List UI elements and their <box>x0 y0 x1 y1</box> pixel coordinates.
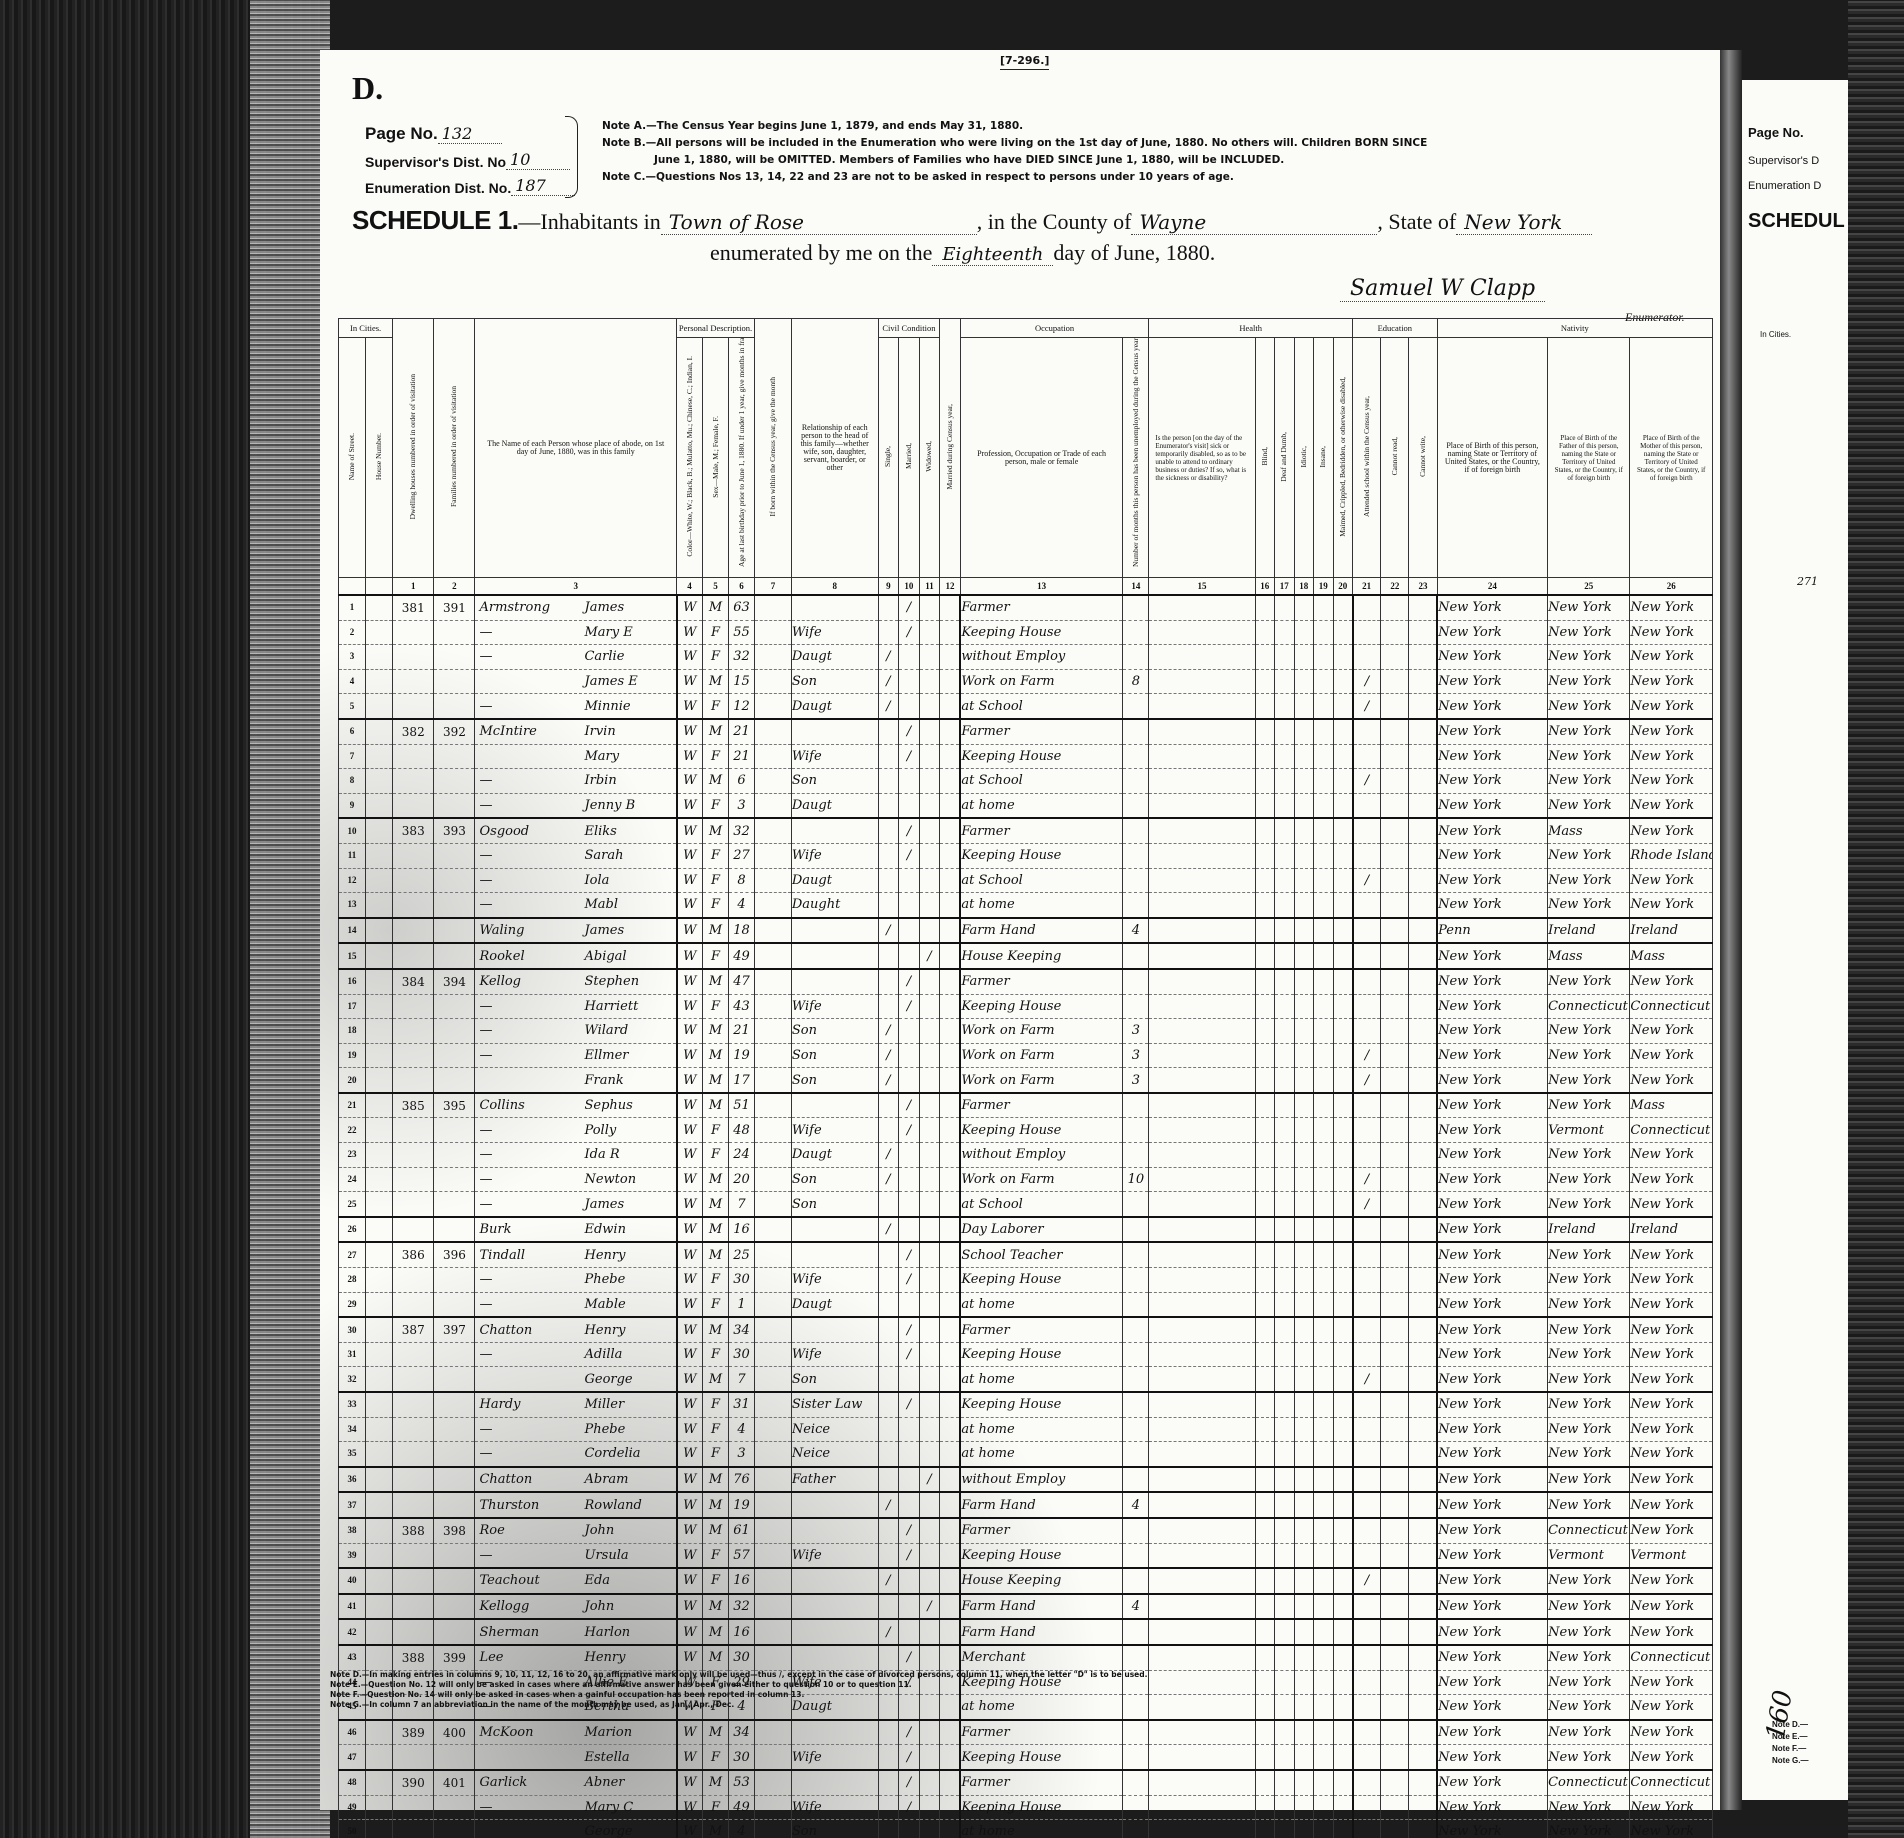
cell-fam <box>434 1442 475 1467</box>
cell-m: New York <box>1630 744 1713 769</box>
empty-cell <box>1149 1645 1255 1670</box>
cell-age: 30 <box>729 1342 755 1367</box>
empty-cell <box>1255 1518 1275 1543</box>
cell-age: 16 <box>729 1217 755 1243</box>
empty-cell <box>1333 1467 1353 1493</box>
cell-color: W <box>677 893 703 918</box>
cell-fam: 393 <box>434 818 475 843</box>
row-number: 27 <box>348 1250 357 1260</box>
cell-fam <box>434 1795 475 1820</box>
empty-cell <box>1381 1242 1409 1267</box>
cell-f: New York <box>1548 893 1630 918</box>
empty-cell <box>1255 694 1275 719</box>
page-no-value: 132 <box>438 124 502 144</box>
empty-cell <box>1255 1118 1275 1143</box>
row-number: 46 <box>348 1727 357 1737</box>
table-row: 9—Jenny BWF3Daugtat homeNew YorkNew York… <box>339 793 1713 818</box>
table-row: 47EstellaWF30Wife/Keeping HouseNew YorkN… <box>339 1745 1713 1770</box>
empty-cell <box>1255 595 1275 620</box>
empty-cell <box>755 669 792 694</box>
form-letter: D. <box>352 70 383 107</box>
col-num: 24 <box>1437 578 1548 596</box>
cell-color: W <box>677 1594 703 1620</box>
name-header: The Name of each Person whose place of a… <box>475 319 677 578</box>
person-name: ShermanHarlon <box>475 1619 677 1645</box>
empty-cell <box>1275 1367 1295 1392</box>
table-row: 23—Ida RWF24Daugt/without EmployNew York… <box>339 1143 1713 1168</box>
empty-cell <box>1275 1795 1295 1820</box>
cell-m: New York <box>1630 1143 1713 1168</box>
cell-unemp <box>1123 1518 1149 1543</box>
cell-f: Ireland <box>1548 918 1630 944</box>
day-of-label: day of June, 1880. <box>1053 240 1215 266</box>
cell-sex: F <box>703 893 729 918</box>
empty-cell <box>1149 868 1255 893</box>
maimed-header: Maimed, Crippled, Bedridden, or otherwis… <box>1339 377 1347 537</box>
empty-cell <box>1275 1645 1295 1670</box>
cell-married <box>899 1068 920 1093</box>
empty-cell <box>1333 969 1353 994</box>
empty-cell <box>1381 1292 1409 1317</box>
facing-schedule-label: SCHEDUL <box>1748 210 1845 233</box>
empty-cell: 43 <box>339 1645 366 1670</box>
cell-married: / <box>899 1770 920 1795</box>
empty-cell <box>1294 1820 1314 1838</box>
empty-cell <box>1381 1342 1409 1367</box>
cell-b: New York <box>1437 1518 1548 1543</box>
empty-cell <box>1294 1292 1314 1317</box>
empty-cell <box>1314 1745 1334 1770</box>
given-name: Adilla <box>584 1347 622 1362</box>
empty-cell <box>940 1143 961 1168</box>
empty-cell <box>1275 1619 1295 1645</box>
empty-cell: 39 <box>339 1543 366 1568</box>
cell-fam <box>434 769 475 794</box>
cell-fam <box>434 1367 475 1392</box>
col-num: 16 <box>1255 578 1275 596</box>
cell-school <box>1353 1392 1381 1417</box>
row-number: 40 <box>348 1575 357 1585</box>
cell-unemp <box>1123 969 1149 994</box>
empty-cell <box>1409 694 1437 719</box>
empty-cell <box>1149 1143 1255 1168</box>
cell-married <box>899 1467 920 1493</box>
row-number: 17 <box>348 1001 357 1011</box>
cell-dw <box>393 769 434 794</box>
cell-b: New York <box>1437 969 1548 994</box>
page-metadata: Page No.132 Supervisor's Dist. No10 Enum… <box>365 118 575 196</box>
cell-married <box>899 1417 920 1442</box>
cell-age: 51 <box>729 1093 755 1118</box>
empty-cell: 30 <box>339 1317 366 1342</box>
given-name: George <box>584 1824 632 1838</box>
empty-cell <box>1255 1068 1275 1093</box>
surname: — <box>479 773 584 788</box>
empty-cell <box>1149 719 1255 744</box>
cell-rel: Daugt <box>791 1292 878 1317</box>
empty-cell: 5 <box>339 694 366 719</box>
cell-single <box>878 1795 899 1820</box>
row-number: 13 <box>348 899 357 909</box>
empty-cell <box>755 994 792 1019</box>
cell-single <box>878 1118 899 1143</box>
cell-b: New York <box>1437 769 1548 794</box>
person-name: —Mary E <box>475 620 677 645</box>
empty-cell <box>1255 893 1275 918</box>
surname: — <box>479 1297 584 1312</box>
father-birth-header: Place of Birth of the Father of this per… <box>1548 338 1630 578</box>
cell-occ: Keeping House <box>960 1745 1123 1770</box>
surname: Roe <box>479 1523 584 1538</box>
cell-sex: F <box>703 1268 729 1293</box>
cell-age: 32 <box>729 1594 755 1620</box>
cell-age: 20 <box>729 1167 755 1192</box>
cell-fam <box>434 1392 475 1417</box>
empty-cell <box>1275 1745 1295 1770</box>
cell-school <box>1353 645 1381 670</box>
empty-cell <box>1314 868 1334 893</box>
empty-cell <box>1275 1118 1295 1143</box>
empty-cell <box>1255 645 1275 670</box>
enumerator-signature: Samuel W Clapp <box>1340 276 1545 302</box>
empty-cell <box>1333 1720 1353 1745</box>
cell-color: W <box>677 793 703 818</box>
empty-cell <box>1409 1467 1437 1493</box>
cell-single: / <box>878 1143 899 1168</box>
empty-cell <box>366 1367 393 1392</box>
empty-cell <box>1409 1367 1437 1392</box>
row-number: 47 <box>348 1752 357 1762</box>
cell-fam <box>434 1019 475 1044</box>
empty-cell <box>1409 1820 1437 1838</box>
row-number: 32 <box>348 1374 357 1384</box>
cell-color: W <box>677 1745 703 1770</box>
empty-cell <box>940 1342 961 1367</box>
cell-single <box>878 1594 899 1620</box>
cell-occ: Farmer <box>960 969 1123 994</box>
row-number: 28 <box>348 1274 357 1284</box>
cell-married <box>899 943 920 969</box>
cell-school <box>1353 1645 1381 1670</box>
person-name: —Mabl <box>475 893 677 918</box>
empty-cell <box>1381 1118 1409 1143</box>
empty-cell <box>1314 1770 1334 1795</box>
empty-cell <box>1333 1670 1353 1695</box>
row-number: 24 <box>348 1174 357 1184</box>
empty-cell <box>755 1820 792 1838</box>
surname: Hardy <box>479 1397 584 1412</box>
surname: Osgood <box>479 824 584 839</box>
cell-unemp <box>1123 1192 1149 1217</box>
cell-dw <box>393 1492 434 1518</box>
enumeration-label: Enumeration Dist. No. <box>365 180 511 196</box>
cell-fam <box>434 943 475 969</box>
empty-cell <box>1149 645 1255 670</box>
cell-age: 3 <box>729 793 755 818</box>
cell-widowed: / <box>919 943 940 969</box>
cell-m: New York <box>1630 1068 1713 1093</box>
cell-f: New York <box>1548 1670 1630 1695</box>
cell-single: / <box>878 694 899 719</box>
cell-fam: 398 <box>434 1518 475 1543</box>
person-name: —Ellmer <box>475 1043 677 1068</box>
cell-b: New York <box>1437 1820 1548 1838</box>
empty-cell: 15 <box>339 943 366 969</box>
county-value: Wayne <box>1131 210 1377 235</box>
empty-cell <box>755 868 792 893</box>
cell-age: 53 <box>729 1770 755 1795</box>
cell-fam <box>434 1118 475 1143</box>
cell-school <box>1353 1217 1381 1243</box>
empty-cell <box>1255 1594 1275 1620</box>
table-row: 40TeachoutEdaWF16/House Keeping/New York… <box>339 1568 1713 1594</box>
empty-cell <box>1294 969 1314 994</box>
cell-m: New York <box>1630 1317 1713 1342</box>
cell-occ: Keeping House <box>960 620 1123 645</box>
cell-occ: at School <box>960 694 1123 719</box>
cell-dw: 388 <box>393 1645 434 1670</box>
empty-cell <box>1149 994 1255 1019</box>
empty-cell <box>1294 1019 1314 1044</box>
cell-color: W <box>677 1619 703 1645</box>
cell-fam <box>434 645 475 670</box>
empty-cell <box>1333 1268 1353 1293</box>
cell-widowed <box>919 1268 940 1293</box>
row-number: 38 <box>348 1525 357 1535</box>
empty-cell <box>1149 1242 1255 1267</box>
empty-cell <box>1381 1392 1409 1417</box>
table-row: 34—PhebeWF4Neiceat homeNew YorkNew YorkN… <box>339 1417 1713 1442</box>
empty-cell <box>1314 1019 1334 1044</box>
col-num: 25 <box>1548 578 1630 596</box>
surname: — <box>479 1147 584 1162</box>
cell-sex: M <box>703 1242 729 1267</box>
cell-school <box>1353 1093 1381 1118</box>
empty-cell <box>940 645 961 670</box>
row-number: 16 <box>348 976 357 986</box>
cell-occ: Farm Hand <box>960 1619 1123 1645</box>
empty-cell <box>1255 669 1275 694</box>
cell-married <box>899 1292 920 1317</box>
empty-cell <box>1333 1367 1353 1392</box>
cell-occ: at School <box>960 868 1123 893</box>
empty-cell <box>755 1770 792 1795</box>
empty-cell <box>1381 1192 1409 1217</box>
cell-rel: Daugt <box>791 793 878 818</box>
empty-cell <box>1409 843 1437 868</box>
empty-cell <box>1333 1417 1353 1442</box>
cell-m: New York <box>1630 1342 1713 1367</box>
table-row: 35—CordeliaWF3Neiceat homeNew YorkNew Yo… <box>339 1442 1713 1467</box>
cell-color: W <box>677 1367 703 1392</box>
cell-b: New York <box>1437 694 1548 719</box>
cell-school <box>1353 1292 1381 1317</box>
cell-f: New York <box>1548 1795 1630 1820</box>
empty-cell <box>1409 1143 1437 1168</box>
cell-dw <box>393 893 434 918</box>
given-name: James E <box>584 674 637 689</box>
empty-cell <box>1255 969 1275 994</box>
cell-rel <box>791 1093 878 1118</box>
empty-cell <box>1333 1543 1353 1568</box>
cell-married <box>899 918 920 944</box>
cannot-write-header: Cannot write, <box>1419 436 1427 477</box>
cell-unemp <box>1123 1143 1149 1168</box>
cell-fam <box>434 843 475 868</box>
civil-condition-header: Civil Condition <box>878 319 940 338</box>
cell-age: 49 <box>729 1795 755 1820</box>
cell-single: / <box>878 669 899 694</box>
cell-m: New York <box>1630 669 1713 694</box>
empty-cell: 36 <box>339 1467 366 1493</box>
cell-m: New York <box>1630 1019 1713 1044</box>
person-name: KellogStephen <box>475 969 677 994</box>
cell-sex: F <box>703 1417 729 1442</box>
cell-fam <box>434 994 475 1019</box>
cell-dw <box>393 1543 434 1568</box>
cell-widowed <box>919 1770 940 1795</box>
empty-cell <box>940 893 961 918</box>
cell-widowed <box>919 1217 940 1243</box>
cell-sex: M <box>703 1645 729 1670</box>
surname: — <box>479 1272 584 1287</box>
cell-color: W <box>677 744 703 769</box>
empty-cell <box>940 1492 961 1518</box>
cell-rel: Wife <box>791 1543 878 1568</box>
cell-color: W <box>677 645 703 670</box>
empty-cell <box>1381 1043 1409 1068</box>
cell-married: / <box>899 1745 920 1770</box>
cell-occ: Keeping House <box>960 744 1123 769</box>
empty-cell: 25 <box>339 1192 366 1217</box>
cell-dw <box>393 1167 434 1192</box>
empty-cell <box>1255 769 1275 794</box>
cell-married <box>899 694 920 719</box>
cell-widowed <box>919 1417 940 1442</box>
empty-cell <box>1409 744 1437 769</box>
empty-cell <box>366 843 393 868</box>
cell-color: W <box>677 918 703 944</box>
cell-f: New York <box>1548 694 1630 719</box>
cell-single <box>878 943 899 969</box>
empty-cell <box>1333 1619 1353 1645</box>
empty-cell <box>755 620 792 645</box>
cell-fam <box>434 1820 475 1838</box>
empty-cell <box>1314 645 1334 670</box>
cell-dw <box>393 793 434 818</box>
cell-sex: M <box>703 595 729 620</box>
empty-cell <box>1314 1417 1334 1442</box>
empty-cell <box>1294 1695 1314 1720</box>
cell-f: New York <box>1548 1442 1630 1467</box>
empty-cell <box>1255 1268 1275 1293</box>
cell-rel: Wife <box>791 1268 878 1293</box>
empty-cell <box>1294 769 1314 794</box>
empty-cell <box>940 1568 961 1594</box>
empty-cell <box>1275 943 1295 969</box>
enumerated-line: enumerated by me on the Eighteenth day o… <box>710 240 1215 266</box>
cell-unemp <box>1123 1093 1149 1118</box>
col-num: 6 <box>729 578 755 596</box>
empty-cell <box>366 793 393 818</box>
cell-m: New York <box>1630 719 1713 744</box>
form-number: [7-296.] <box>1000 54 1049 70</box>
row-number: 15 <box>348 951 357 961</box>
empty-cell <box>1381 1645 1409 1670</box>
cell-m: Connecticut <box>1630 1118 1713 1143</box>
empty-cell: 49 <box>339 1795 366 1820</box>
cell-color: W <box>677 1770 703 1795</box>
row-number: 11 <box>348 850 357 860</box>
table-row: 50GeorgeWM4Sonat homeNew YorkNew YorkNew… <box>339 1820 1713 1838</box>
cell-married: / <box>899 1118 920 1143</box>
person-name: George <box>475 1820 677 1838</box>
cell-age: 4 <box>729 893 755 918</box>
house-number-header: House Number. <box>375 433 383 480</box>
cell-occ: at home <box>960 1292 1123 1317</box>
cell-m: New York <box>1630 1745 1713 1770</box>
empty-cell <box>1314 1167 1334 1192</box>
empty-cell <box>1149 1543 1255 1568</box>
empty-cell <box>366 1492 393 1518</box>
person-name: —Jenny B <box>475 793 677 818</box>
empty-cell <box>1255 1568 1275 1594</box>
cell-school: / <box>1353 1367 1381 1392</box>
empty-cell <box>1409 1770 1437 1795</box>
empty-cell <box>1381 1670 1409 1695</box>
cell-school <box>1353 1118 1381 1143</box>
attended-school-header: Attended school within the Census year, <box>1363 396 1371 517</box>
empty-cell <box>1409 620 1437 645</box>
empty-cell <box>366 719 393 744</box>
cell-rel: Wife <box>791 1118 878 1143</box>
cell-rel <box>791 1619 878 1645</box>
empty-cell <box>1275 719 1295 744</box>
empty-cell <box>366 1143 393 1168</box>
empty-cell <box>1275 1543 1295 1568</box>
cell-age: 61 <box>729 1518 755 1543</box>
empty-cell <box>366 1217 393 1243</box>
col-num: 3 <box>475 578 677 596</box>
cell-dw <box>393 1619 434 1645</box>
cell-occ: without Employ <box>960 1467 1123 1493</box>
facing-dwelling-value: 271 <box>1797 575 1818 588</box>
empty-cell <box>1294 1118 1314 1143</box>
empty-cell <box>1149 1192 1255 1217</box>
cell-sex: M <box>703 1068 729 1093</box>
given-name: Abigal <box>584 949 626 964</box>
cell-sex: F <box>703 793 729 818</box>
empty-cell <box>940 1619 961 1645</box>
empty-cell <box>1409 893 1437 918</box>
empty-cell <box>1149 893 1255 918</box>
empty-cell <box>1149 1442 1255 1467</box>
table-row: 5—MinnieWF12Daugt/at School/New YorkNew … <box>339 694 1713 719</box>
cell-m: New York <box>1630 620 1713 645</box>
empty-cell <box>366 1268 393 1293</box>
cell-school: / <box>1353 694 1381 719</box>
col-num: 7 <box>755 578 792 596</box>
cell-unemp <box>1123 1317 1149 1342</box>
person-name: —Phebe <box>475 1417 677 1442</box>
surname: Lee <box>479 1650 584 1665</box>
empty-cell <box>1409 1670 1437 1695</box>
empty-cell <box>1149 1795 1255 1820</box>
cell-m: New York <box>1630 793 1713 818</box>
cell-married <box>899 1492 920 1518</box>
given-name: Marion <box>584 1725 632 1740</box>
given-name: Harriett <box>584 999 638 1014</box>
